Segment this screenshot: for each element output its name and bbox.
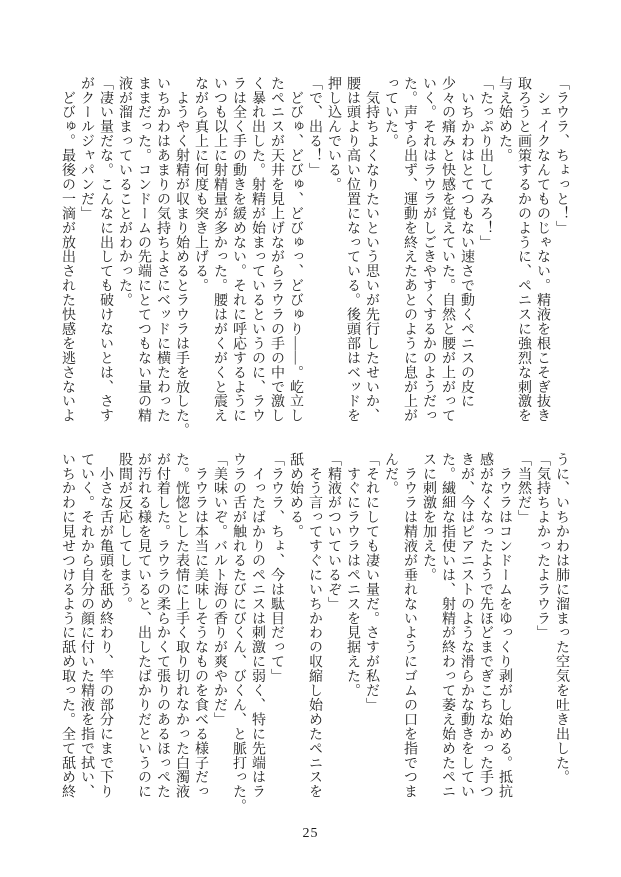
- text-line: いく。それはラウラがしごきやすくするかのようだっ: [419, 76, 438, 440]
- text-line: 股間が反応してしまう。: [115, 452, 134, 816]
- text-line: 「それにしても凄い量だ。さすが私だ」: [362, 452, 381, 816]
- text-line: 「当然だ」: [514, 452, 533, 816]
- text-line: きが、今はピアニストのような滑らかな動きをしてい: [457, 452, 476, 816]
- text-line: 気持ちよくなりたいという思いが先行したせいか、: [362, 76, 381, 440]
- text-line: 「で、出る！」: [305, 76, 324, 440]
- text-line: スに刺激を加えた。: [419, 452, 438, 816]
- text-line: 「たっぷり出してみろ！」: [476, 76, 495, 440]
- text-line: ラウラは精液が垂れないようにゴムの口を指でつま: [400, 452, 419, 816]
- text-line: いちかわに見せつけるように舐め取った。全て舐め終: [58, 452, 77, 816]
- text-line: 「美味いぞ。バルト海の香りが爽やかだ」: [210, 452, 229, 816]
- text-line: どびゅ、どびゅ、どびゅっ、どびゅり――。屹立し: [286, 76, 305, 440]
- text-line: ラウラは本当に美味しそうなものを食べる様子だっ: [191, 452, 210, 816]
- text-line: シェイクなんてものじゃない。精液を根こそぎ抜き: [533, 76, 552, 440]
- text-line: 小さな舌が亀頭を舐め終わり、竿の部分にまで下り: [96, 452, 115, 816]
- text-line: ながら真上に何度も突き上げる。: [191, 76, 210, 440]
- text-block-bottom: うに、いちかわは肺に溜まった空気を吐き出した。「気持ちよかったよラウラ」「当然だ…: [58, 452, 571, 816]
- text-line: たペニスが天井を見上げながらラウラの手の中で激し: [267, 76, 286, 440]
- text-line: そう言ってすぐにいちかわの収縮し始めたペニスを: [305, 452, 324, 816]
- text-line: 取ろうと画策するかのように、ペニスに強烈な刺激を: [514, 76, 533, 440]
- text-line: 感がなくなったようで先ほどまでぎこちなかった手つ: [476, 452, 495, 816]
- page-number: 25: [0, 826, 621, 842]
- text-line: がクールジャパンだ」: [77, 76, 96, 440]
- text-line: 「気持ちよかったよラウラ」: [533, 452, 552, 816]
- text-line: 与え始めた。: [495, 76, 514, 440]
- text-line: 「ラウラ、ちょっと！」: [552, 76, 571, 440]
- text-line: 押し込んでいる。: [324, 76, 343, 440]
- text-line: うに、いちかわは肺に溜まった空気を吐き出した。: [552, 452, 571, 816]
- text-line: いちかわはあまりの気持ちよさにベッドに横たわった: [153, 76, 172, 440]
- text-line: 「凄い量だな。こんなに出しても破けないとは、さす: [96, 76, 115, 440]
- text-line: ままだった。コンドームの先端にとてつもない量の精: [134, 76, 153, 440]
- text-line: いつも以上に射精量が多かった。腰はがくがくと震え: [210, 76, 229, 440]
- text-line: ようやく射精が収まり始めるとラウラは手を放した。: [172, 76, 191, 440]
- text-line: ラは全く手の動きを緩めない。それに呼応するように: [229, 76, 248, 440]
- text-line: た。繊細な指使いは、射精が終わって萎え始めたペニ: [438, 452, 457, 816]
- text-line: 「精液がついているぞ」: [324, 452, 343, 816]
- text-line: イったばかりのペニスは刺激に弱く、特に先端はラ: [248, 452, 267, 816]
- text-line: んだ。: [381, 452, 400, 816]
- text-line: く暴れ出した。射精が始まっているというのに、ラウ: [248, 76, 267, 440]
- text-line: 「ラウラ、ちょ、今は駄目だって」: [267, 452, 286, 816]
- text-line: が汚れる様を見ていると、出したばかりだというのに: [134, 452, 153, 816]
- text-line: ウラの舌が触れるたびにびくん、びくん、と脈打った。: [229, 452, 248, 816]
- text-line: どびゅ。最後の一滴が放出された快感を逃さないよ: [58, 76, 77, 440]
- text-line: た。声すら出ず、運動を終えたあとのように息が上が: [400, 76, 419, 440]
- text-line: っていた。: [381, 76, 400, 440]
- text-line: が付着した。ラウラの柔らかくて張りのあるほっぺた: [153, 452, 172, 816]
- document-page: 「ラウラ、ちょっと！」 シェイクなんてものじゃない。精液を根こそぎ抜き取ろうと画…: [0, 0, 621, 877]
- text-line: ラウラはコンドームをゆっくり剥がし始める。抵抗: [495, 452, 514, 816]
- text-line: ていく。それから自分の顔に付いた精液を指で拭い、: [77, 452, 96, 816]
- text-line: すぐにラウラはペニスを見据えた。: [343, 452, 362, 816]
- text-line: 舐め始める。: [286, 452, 305, 816]
- text-line: いちかわはとてつもない速さで動くペニスの皮に: [457, 76, 476, 440]
- text-block-top: 「ラウラ、ちょっと！」 シェイクなんてものじゃない。精液を根こそぎ抜き取ろうと画…: [58, 76, 571, 440]
- text-line: た。恍惚とした表情に上手く取り切れなかった白濁液: [172, 452, 191, 816]
- text-line: 腰は頭より高い位置になっている。後頭部はベッドを: [343, 76, 362, 440]
- text-line: 液が溜まっていることがわかった。: [115, 76, 134, 440]
- text-line: 少々の痛みと快感を覚えていた。自然と腰が上がって: [438, 76, 457, 440]
